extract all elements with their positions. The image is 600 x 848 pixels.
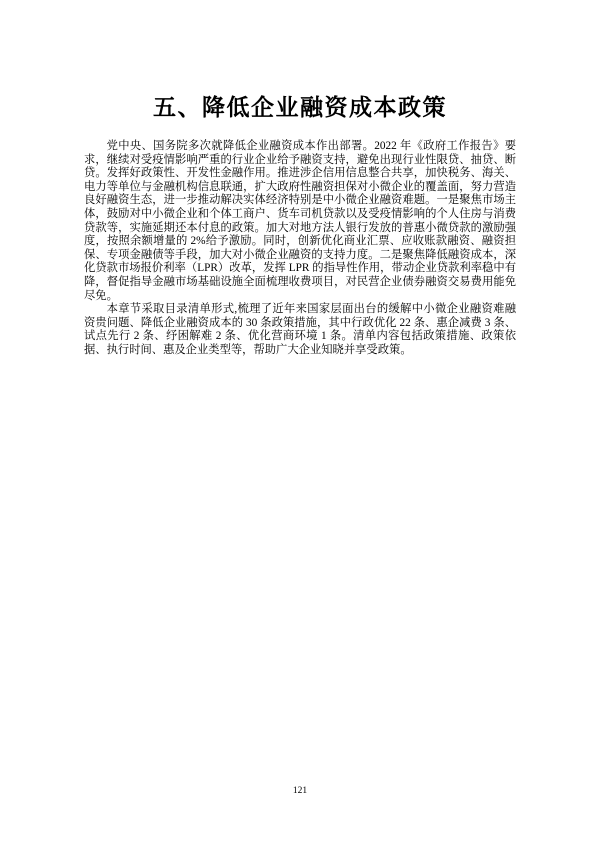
document-page: 五、降低企业融资成本政策 党中央、国务院多次就降低企业融资成本作出部署。2022…: [0, 0, 600, 848]
paragraph-1: 党中央、国务院多次就降低企业融资成本作出部署。2022 年《政府工作报告》要求，…: [84, 140, 516, 303]
page-footer: 121: [0, 786, 600, 796]
document-body: 党中央、国务院多次就降低企业融资成本作出部署。2022 年《政府工作报告》要求，…: [84, 140, 516, 358]
section-title: 五、降低企业融资成本政策: [0, 0, 600, 122]
page-number: 121: [293, 786, 307, 796]
paragraph-2: 本章节采取目录清单形式,梳理了近年来国家层面出台的缓解中小微企业融资难融资贵问题…: [84, 303, 516, 357]
